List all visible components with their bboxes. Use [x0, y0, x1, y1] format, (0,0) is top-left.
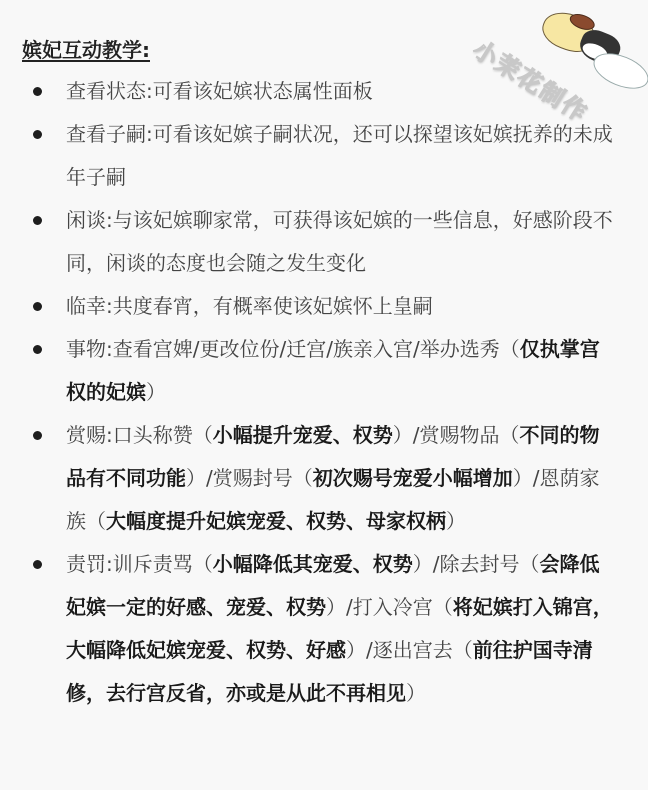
item-text: ）	[446, 509, 466, 533]
item-text: ）/打入冷宫（	[326, 595, 453, 619]
bullet-icon	[33, 216, 42, 225]
document-page: 嫔妃互动教学: 小茉花制作 查看状态:可看该妃嫔状态属性面板 查看子嗣:可看该妃…	[0, 0, 648, 790]
bullet-icon	[33, 345, 42, 354]
item-note-bold: 小幅提升宠爱、权势	[213, 423, 393, 447]
item-text: 查看状态:可看该妃嫔状态属性面板	[66, 79, 373, 103]
interaction-list: 查看状态:可看该妃嫔状态属性面板 查看子嗣:可看该妃嫔子嗣状况，还可以探望该妃嫔…	[0, 70, 648, 715]
bullet-icon	[33, 302, 42, 311]
bullet-icon	[33, 130, 42, 139]
list-item-affairs: 事物:查看宫婢/更改位份/迁宫/族亲入宫/举办选秀（仅执掌宫权的妃嫔）	[0, 328, 648, 414]
item-text: ）/赏赐封号（	[186, 466, 313, 490]
item-text: 查看子嗣:可看该妃嫔子嗣状况，还可以探望该妃嫔抚养的未成年子嗣	[66, 122, 613, 189]
list-item-chat: 闲谈:与该妃嫔聊家常，可获得该妃嫔的一些信息，好感阶段不同，闲谈的态度也会随之发…	[0, 199, 648, 285]
item-text: ）/除去封号（	[413, 552, 540, 576]
item-text: ）	[146, 380, 166, 404]
item-text: 临幸:共度春宵，有概率使该妃嫔怀上皇嗣	[66, 294, 433, 318]
item-text: 赏赐:口头称赞（	[66, 423, 213, 447]
item-note-bold: 小幅降低其宠爱、权势	[213, 552, 413, 576]
item-note-bold: 大幅度提升妃嫔宠爱、权势、母家权柄	[106, 509, 446, 533]
item-text: ）/逐出宫去（	[346, 638, 473, 662]
page-title: 嫔妃互动教学:	[22, 34, 150, 63]
list-item-children: 查看子嗣:可看该妃嫔子嗣状况，还可以探望该妃嫔抚养的未成年子嗣	[0, 113, 648, 199]
item-text: 事物:查看宫婢/更改位份/迁宫/族亲入宫/举办选秀（	[66, 337, 520, 361]
list-item-reward: 赏赐:口头称赞（小幅提升宠爱、权势）/赏赐物品（不同的物品有不同功能）/赏赐封号…	[0, 414, 648, 543]
item-text: 闲谈:与该妃嫔聊家常，可获得该妃嫔的一些信息，好感阶段不同，闲谈的态度也会随之发…	[66, 208, 613, 275]
bullet-icon	[33, 87, 42, 96]
item-text: ）	[406, 681, 426, 705]
item-text: ）/赏赐物品（	[393, 423, 520, 447]
list-item-punish: 责罚:训斥责骂（小幅降低其宠爱、权势）/除去封号（会降低妃嫔一定的好感、宠爱、权…	[0, 543, 648, 715]
bullet-icon	[33, 431, 42, 440]
item-text: 责罚:训斥责骂（	[66, 552, 213, 576]
list-item-visit: 临幸:共度春宵，有概率使该妃嫔怀上皇嗣	[0, 285, 648, 328]
list-item-status: 查看状态:可看该妃嫔状态属性面板	[0, 70, 648, 113]
bullet-icon	[33, 560, 42, 569]
item-note-bold: 初次赐号宠爱小幅增加	[313, 466, 513, 490]
